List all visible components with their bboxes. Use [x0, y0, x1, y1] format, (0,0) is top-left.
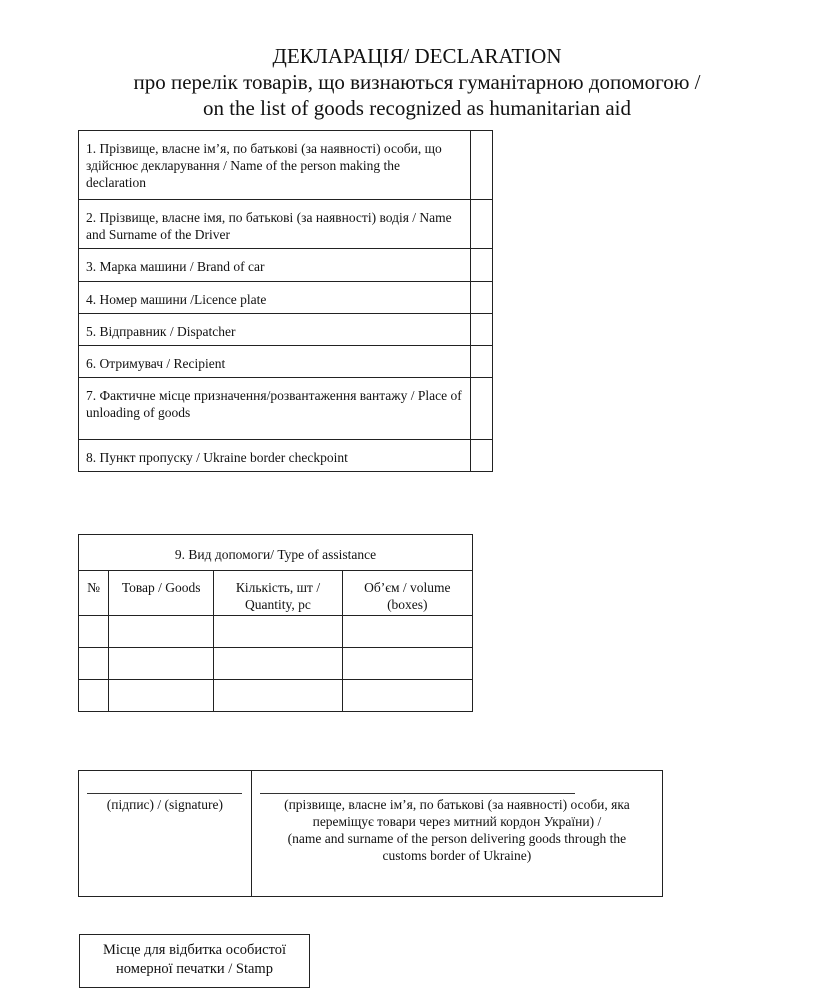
- signature-label: (підпис) / (signature): [107, 797, 223, 812]
- info-row: 5. Відправник / Dispatcher: [79, 314, 493, 346]
- column-header-number: №: [79, 571, 109, 616]
- document-subtitle-en: on the list of goods recognized as human…: [0, 96, 834, 121]
- cell-goods[interactable]: [109, 616, 214, 648]
- field-label-licence-plate: 4. Номер машини /Licence plate: [79, 282, 471, 314]
- column-header-quantity: Кількість, шт / Quantity, pc: [214, 571, 342, 616]
- field-label-border-checkpoint: 8. Пункт пропуску / Ukraine border check…: [79, 440, 471, 472]
- name-label-uk: (прізвище, власне ім’я, по батькові (за …: [272, 796, 642, 830]
- cell-quantity[interactable]: [214, 680, 342, 712]
- info-row: 2. Прізвище, власне імя, по батькові (за…: [79, 200, 493, 249]
- info-row: 3. Марка машини / Brand of car: [79, 249, 493, 282]
- cell-goods[interactable]: [109, 648, 214, 680]
- assistance-table: 9. Вид допомоги/ Type of assistance № То…: [78, 534, 473, 712]
- name-label-en: (name and surname of the person deliveri…: [272, 830, 642, 864]
- signature-table: (підпис) / (signature) (прізвище, власне…: [78, 770, 663, 897]
- cell-number[interactable]: [79, 680, 109, 712]
- table-row: [79, 616, 473, 648]
- cell-number[interactable]: [79, 648, 109, 680]
- cell-goods[interactable]: [109, 680, 214, 712]
- field-value-car-brand[interactable]: [470, 249, 492, 282]
- field-label-declarant: 1. Прізвище, власне ім’я, по батькові (з…: [79, 131, 471, 200]
- column-header-goods: Товар / Goods: [109, 571, 214, 616]
- field-label-car-brand: 3. Марка машини / Brand of car: [79, 249, 471, 282]
- table-row: [79, 648, 473, 680]
- cell-quantity[interactable]: [214, 616, 342, 648]
- document-title: ДЕКЛАРАЦІЯ/ DECLARATION: [0, 44, 834, 69]
- cell-volume[interactable]: [342, 616, 472, 648]
- info-row: 6. Отримувач / Recipient: [79, 346, 493, 378]
- field-value-recipient[interactable]: [470, 346, 492, 378]
- cell-volume[interactable]: [342, 680, 472, 712]
- name-cell[interactable]: (прізвище, власне ім’я, по батькові (за …: [251, 771, 662, 897]
- table-row: [79, 680, 473, 712]
- info-row: 1. Прізвище, власне ім’я, по батькові (з…: [79, 131, 493, 200]
- cell-number[interactable]: [79, 616, 109, 648]
- field-value-licence-plate[interactable]: [470, 282, 492, 314]
- document-subtitle-uk: про перелік товарів, що визнаються гуман…: [0, 70, 834, 95]
- info-row: 8. Пункт пропуску / Ukraine border check…: [79, 440, 493, 472]
- field-label-recipient: 6. Отримувач / Recipient: [79, 346, 471, 378]
- column-header-volume: Об’єм / volume (boxes): [342, 571, 472, 616]
- cell-volume[interactable]: [342, 648, 472, 680]
- field-value-unloading-place[interactable]: [470, 378, 492, 440]
- assistance-table-caption: 9. Вид допомоги/ Type of assistance: [79, 535, 473, 571]
- signature-line: [87, 793, 242, 794]
- field-value-declarant[interactable]: [470, 131, 492, 200]
- field-label-driver: 2. Прізвище, власне імя, по батькові (за…: [79, 200, 471, 249]
- signature-cell[interactable]: (підпис) / (signature): [79, 771, 252, 897]
- field-value-dispatcher[interactable]: [470, 314, 492, 346]
- name-line: [260, 793, 575, 794]
- declaration-info-table: 1. Прізвище, власне ім’я, по батькові (з…: [78, 130, 493, 472]
- stamp-box: Місце для відбитка особистої номерної пе…: [79, 934, 310, 988]
- field-label-dispatcher: 5. Відправник / Dispatcher: [79, 314, 471, 346]
- field-value-driver[interactable]: [470, 200, 492, 249]
- field-value-border-checkpoint[interactable]: [470, 440, 492, 472]
- info-row: 7. Фактичне місце призначення/розвантаже…: [79, 378, 493, 440]
- cell-quantity[interactable]: [214, 648, 342, 680]
- field-label-unloading-place: 7. Фактичне місце призначення/розвантаже…: [79, 378, 471, 440]
- info-row: 4. Номер машини /Licence plate: [79, 282, 493, 314]
